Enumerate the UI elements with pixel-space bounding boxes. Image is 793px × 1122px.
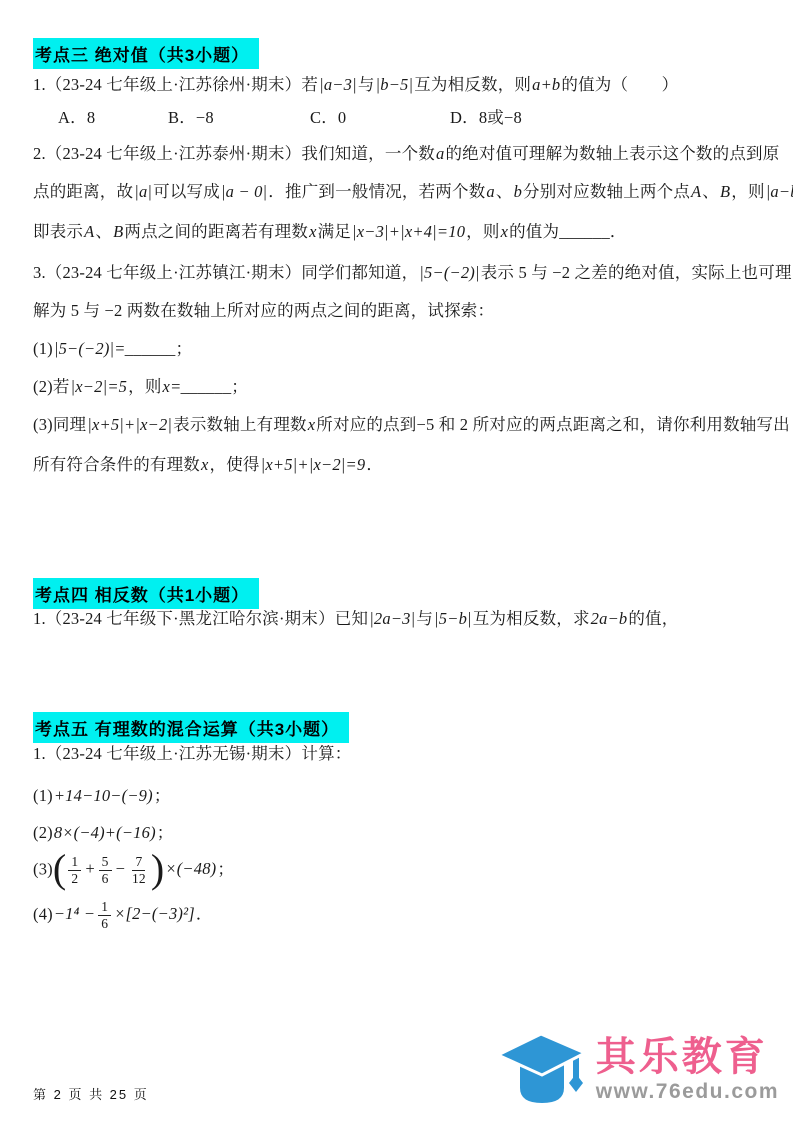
math-run: |a| [133,182,153,201]
text-run: ______ [125,339,176,358]
section-header-kaodian4: 考点四 相反数（共1小题） [33,578,259,609]
brand-name: 其乐教育 [596,1035,768,1079]
math-run: b [513,182,523,201]
math-run: |x−2|=5 [70,377,129,396]
math-run: x [308,222,318,241]
text-run: ，则 [731,182,764,201]
text-run: (3) [33,859,53,878]
math-run: |2a−3| [368,609,416,628]
math-run: B [112,222,124,241]
sec5-q1-text: 1.（23-24 七年级上·江苏无锡·期末）计算： [33,742,351,767]
text-run: 2.（23-24 七年级上·江苏泰州·期末）我们知道，一个数 [33,144,435,163]
sec3-q3-sub2: (2)若|x−2|=5，则x=______； [33,375,248,400]
text-run: ．推广到一般情况，若两个数 [268,182,485,201]
fraction: 56 [99,854,112,887]
text-run: 、 [702,182,719,201]
sec3-q1-text: 1.（23-24 七年级上·江苏徐州·期末）若|a−3|与|b−5|互为相反数，… [33,73,678,98]
text-run: ； [176,339,193,358]
big-paren: ) [151,846,165,891]
text-run: 的值为（ ） [561,75,678,94]
option-b: B．−8 [168,106,310,131]
math-run: B [719,182,731,201]
math-run: x [307,415,317,434]
text-run: 点的距离，故 [33,182,133,201]
sec5-calc-1: (1)+14−10−(−9)； [33,784,171,809]
sec5-calc-3: (3)(12+56−712)×(−48)； [33,854,234,887]
worksheet-page: 考点三 绝对值（共3小题） 1.（23-24 七年级上·江苏徐州·期末）若|a−… [0,0,793,1122]
text-run: ，使得 [210,455,260,474]
math-run: + [83,859,96,878]
big-paren: ( [53,846,67,891]
text-run: ； [217,859,234,878]
math-run: |a−3| [318,75,358,94]
text-run: ______ [181,377,232,396]
text-run: 3.（23-24 七年级上·江苏镇江·期末）同学们都知道， [33,263,418,282]
text-run: 分别对应数轴上两个点 [523,182,690,201]
text-run: ； [157,823,174,842]
section-header-kaodian3: 考点三 绝对值（共3小题） [33,38,259,69]
text-run: 、 [496,182,513,201]
text-run: ． [366,455,383,474]
option-d: D．8或−8 [450,106,522,131]
math-run: a [485,182,495,201]
math-run: |5−(−2)| [418,263,480,282]
text-run: 即表示 [33,222,83,241]
text-run: ______ [559,222,610,241]
math-run: 8×(−4)+(−16) [53,823,157,842]
math-run: − [114,859,127,878]
text-run: 表示 5 与 −2 之差的绝对值，实际上也可理 [481,263,792,282]
text-run: 1.（23-24 七年级上·江苏徐州·期末）若 [33,75,318,94]
text-run: (1) [33,786,53,805]
math-run: |a − 0| [220,182,268,201]
text-run: (3)同理 [33,415,86,434]
fraction: 16 [98,899,111,932]
sec3-q2-line-1: 2.（23-24 七年级上·江苏泰州·期末）我们知道，一个数a的绝对值可理解为数… [33,142,779,167]
math-run: |x+5|+|x−2| [86,415,173,434]
sec3-q3-line-1: 3.（23-24 七年级上·江苏镇江·期末）同学们都知道，|5−(−2)|表示 … [33,261,792,286]
math-run: A [690,182,702,201]
sec3-q1-options: A．8B．−8C．0D．8或−8 [33,106,522,131]
math-run: A [83,222,95,241]
text-run: (2)若 [33,377,70,396]
fraction: 712 [129,854,149,887]
text-run: ． [610,222,627,241]
text-run: 解为 5 与 −2 两数在数轴上所对应的两点之间的距离，试探索： [33,301,494,320]
text-run: ，则 [128,377,161,396]
text-run: (2) [33,823,53,842]
text-run: 与 [358,75,375,94]
brand-text: 其乐教育 www.76edu.com [596,1035,779,1104]
text-run: = [115,339,125,358]
sec5-calc-2: (2)8×(−4)+(−16)； [33,821,173,846]
sec3-q3-line-2: 解为 5 与 −2 两数在数轴上所对应的两点之间的距离，试探索： [33,299,494,324]
text-run: 的绝对值可理解为数轴上表示这个数的点到原 [445,144,779,163]
text-run: 的值， [628,609,678,628]
math-run: x [162,377,172,396]
math-run: |x−3|+|x+4|=10 [351,222,466,241]
sec3-q2-line-2: 点的距离，故|a|可以写成|a − 0|．推广到一般情况，若两个数a、b分别对应… [33,180,793,205]
text-run: 1.（23-24 七年级下·黑龙江哈尔滨·期末）已知 [33,609,368,628]
math-run: |x+5|+|x−2|=9 [260,455,367,474]
option-a: A．8 [58,106,168,131]
math-run: a [435,144,445,163]
sec3-q2-line-3: 即表示A、B两点之间的距离若有理数x满足|x−3|+|x+4|=10，则x的值为… [33,220,627,245]
math-run: |b−5| [375,75,415,94]
sec4-q1-text: 1.（23-24 七年级下·黑龙江哈尔滨·期末）已知|2a−3|与|5−b|互为… [33,607,678,632]
text-run: 所有符合条件的有理数 [33,455,200,474]
graduation-cap-icon [490,1024,592,1114]
math-run: a+b [531,75,561,94]
text-run: 两点之间的距离若有理数 [124,222,308,241]
text-run: ，则 [466,222,499,241]
section-header-kaodian5: 考点五 有理数的混合运算（共3小题） [33,712,349,743]
sec3-q3-sub3-line-2: 所有符合条件的有理数x，使得|x+5|+|x−2|=9． [33,453,383,478]
math-run: ×(−48) [164,859,217,878]
math-run: 2a−b [590,609,629,628]
math-run: x [500,222,510,241]
text-run: 互为相反数，求 [473,609,590,628]
math-run: x [200,455,210,474]
sec3-q3-sub3-line-1: (3)同理|x+5|+|x−2|表示数轴上有理数x所对应的点到−5 和 2 所对… [33,413,790,438]
text-run: ； [231,377,248,396]
math-run: |5−b| [433,609,473,628]
option-c: C．0 [310,106,450,131]
sec5-calc-4: (4)−1⁴ −16×[2−(−3)²]． [33,899,213,932]
text-run: ； [154,786,171,805]
brand-url: www.76edu.com [596,1080,779,1104]
text-run: 表示数轴上有理数 [173,415,307,434]
sec3-q3-sub1: (1)|5−(−2)|=______； [33,337,192,362]
text-run: 所对应的点到−5 和 2 所对应的两点距离之和，请你利用数轴写出 [316,415,790,434]
text-run: 互为相反数，则 [414,75,531,94]
brand-logo: 其乐教育 www.76edu.com [490,1024,779,1114]
page-number: 第 2 页 共 25 页 [33,1084,149,1103]
text-run: 的值为 [509,222,559,241]
text-run: 、 [95,222,112,241]
text-run: ． [196,904,213,923]
math-run: |5−(−2)| [53,339,115,358]
text-run: = [171,377,181,396]
text-run: 可以写成 [153,182,220,201]
text-run: (4) [33,904,53,923]
math-run: ×[2−(−3)²] [113,904,196,923]
text-run: 满足 [318,222,351,241]
fraction: 12 [68,854,81,887]
math-run: |a−b| [765,182,793,201]
text-run: (1) [33,339,53,358]
math-run: −1⁴ − [53,904,96,923]
math-run: +14−10−(−9) [53,786,154,805]
text-run: 与 [416,609,433,628]
